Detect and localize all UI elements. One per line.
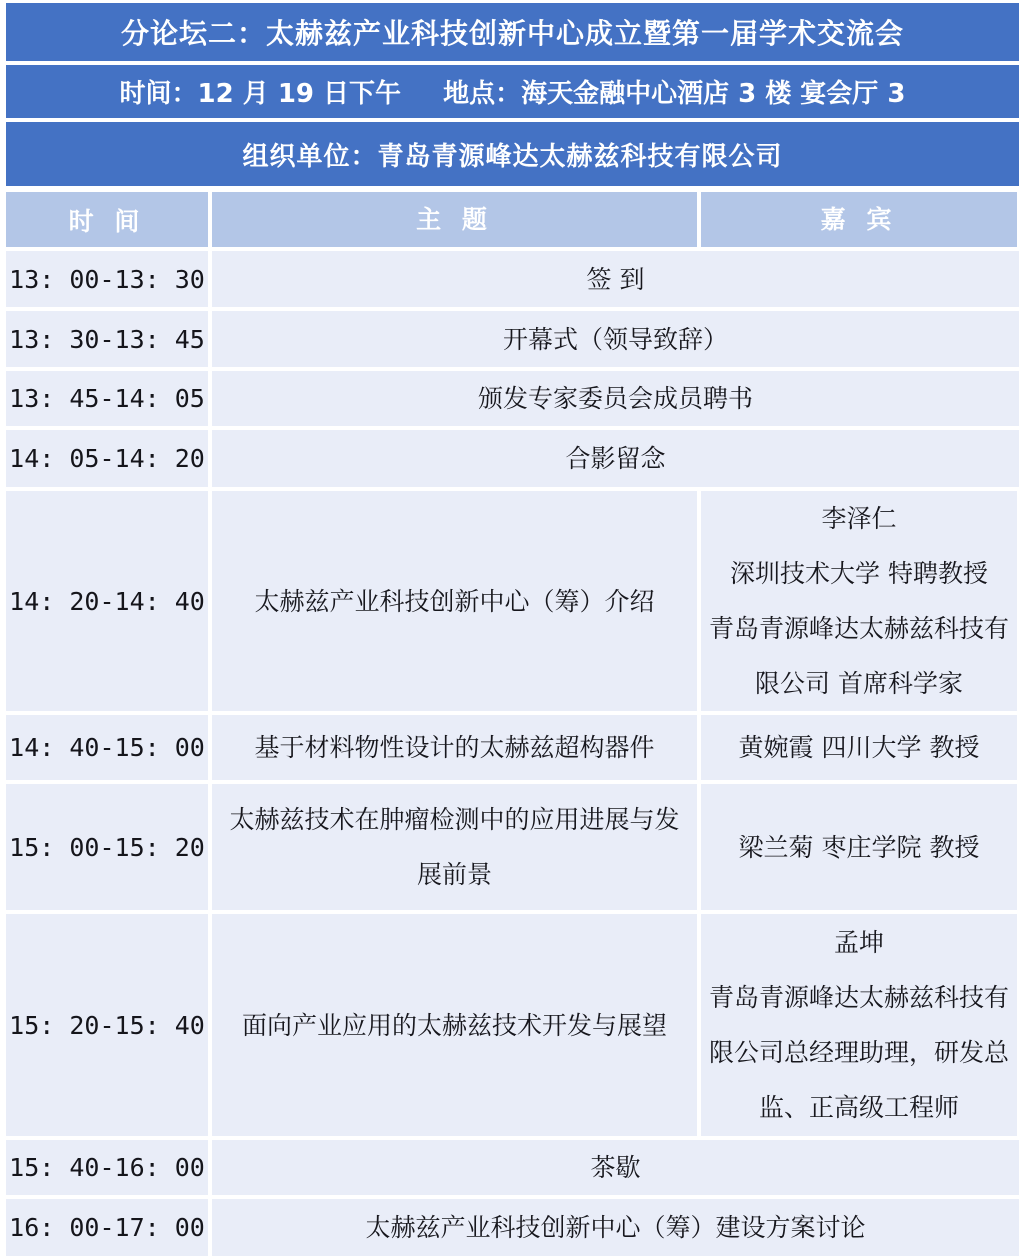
table-row: 14: 40-15: 00 基于材料物性设计的太赫兹超构器件 黄婉霞 四川大学 … <box>6 715 1019 780</box>
time-location-banner: 时间：12 月 19 日下午 地点：海天金融中心酒店 3 楼 宴会厅 3 <box>6 65 1019 118</box>
table-row: 13: 30-13: 45 开幕式（领导致辞） <box>6 311 1019 367</box>
table-row: 15: 40-16: 00 茶歇 <box>6 1140 1019 1195</box>
column-header-time: 时 间 <box>6 192 208 247</box>
guest-name: 黄婉霞 四川大学 教授 <box>739 720 980 775</box>
guest-affiliation: 青岛青源峰达太赫兹科技有限公司 首席科学家 <box>707 601 1011 711</box>
event-location: 地点：海天金融中心酒店 3 楼 宴会厅 3 <box>443 73 905 110</box>
table-row: 15: 00-15: 20 太赫兹技术在肿瘤检测中的应用进展与发展前景 梁兰菊 … <box>6 784 1019 910</box>
topic-cell: 开幕式（领导致辞） <box>212 311 1019 367</box>
guest-cell: 孟坤 青岛青源峰达太赫兹科技有限公司总经理助理，研发总监、正高级工程师 <box>701 914 1017 1136</box>
table-row: 16: 00-17: 00 太赫兹产业科技创新中心（筹）建设方案讨论 <box>6 1199 1019 1256</box>
guest-affiliation: 深圳技术大学 特聘教授 <box>730 546 988 601</box>
table-row: 13: 00-13: 30 签 到 <box>6 251 1019 307</box>
event-time: 时间：12 月 19 日下午 <box>120 73 402 110</box>
table-header-row: 时 间 主 题 嘉 宾 <box>6 192 1019 247</box>
guest-name: 孟坤 <box>834 915 884 970</box>
organizer-banner: 组织单位：青岛青源峰达太赫兹科技有限公司 <box>6 122 1019 186</box>
topic-cell: 茶歇 <box>212 1140 1019 1195</box>
table-row: 15: 20-15: 40 面向产业应用的太赫兹技术开发与展望 孟坤 青岛青源峰… <box>6 914 1019 1136</box>
guest-name: 李泽仁 <box>821 491 896 546</box>
time-cell: 14: 05-14: 20 <box>6 430 208 487</box>
topic-cell: 太赫兹技术在肿瘤检测中的应用进展与发展前景 <box>212 784 697 910</box>
time-cell: 14: 40-15: 00 <box>6 715 208 780</box>
table-row: 13: 45-14: 05 颁发专家委员会成员聘书 <box>6 371 1019 426</box>
time-cell: 15: 00-15: 20 <box>6 784 208 910</box>
topic-cell: 合影留念 <box>212 430 1019 487</box>
agenda-table: 时 间 主 题 嘉 宾 13: 00-13: 30 签 到 13: 30-13:… <box>6 192 1019 1256</box>
guest-affiliation: 青岛青源峰达太赫兹科技有限公司总经理助理，研发总监、正高级工程师 <box>707 970 1011 1135</box>
topic-cell: 太赫兹产业科技创新中心（筹）建设方案讨论 <box>212 1199 1019 1256</box>
organizer: 组织单位：青岛青源峰达太赫兹科技有限公司 <box>242 136 782 173</box>
forum-title: 分论坛二：太赫兹产业科技创新中心成立暨第一届学术交流会 <box>121 12 904 52</box>
guest-name: 梁兰菊 枣庄学院 教授 <box>739 820 980 875</box>
column-header-topic: 主 题 <box>212 192 697 247</box>
topic-cell: 颁发专家委员会成员聘书 <box>212 371 1019 426</box>
topic-cell: 签 到 <box>212 251 1019 307</box>
time-cell: 13: 30-13: 45 <box>6 311 208 367</box>
guest-cell: 梁兰菊 枣庄学院 教授 <box>701 784 1017 910</box>
table-row: 14: 20-14: 40 太赫兹产业科技创新中心（筹）介绍 李泽仁 深圳技术大… <box>6 491 1019 711</box>
topic-cell: 基于材料物性设计的太赫兹超构器件 <box>212 715 697 780</box>
table-row: 14: 05-14: 20 合影留念 <box>6 430 1019 487</box>
guest-cell: 李泽仁 深圳技术大学 特聘教授 青岛青源峰达太赫兹科技有限公司 首席科学家 <box>701 491 1017 711</box>
forum-title-banner: 分论坛二：太赫兹产业科技创新中心成立暨第一届学术交流会 <box>6 3 1019 61</box>
time-cell: 13: 45-14: 05 <box>6 371 208 426</box>
time-cell: 13: 00-13: 30 <box>6 251 208 307</box>
time-cell: 14: 20-14: 40 <box>6 491 208 711</box>
time-cell: 15: 40-16: 00 <box>6 1140 208 1195</box>
topic-cell: 太赫兹产业科技创新中心（筹）介绍 <box>212 491 697 711</box>
topic-cell: 面向产业应用的太赫兹技术开发与展望 <box>212 914 697 1136</box>
column-header-guest: 嘉 宾 <box>701 192 1017 247</box>
time-cell: 16: 00-17: 00 <box>6 1199 208 1256</box>
time-cell: 15: 20-15: 40 <box>6 914 208 1136</box>
guest-cell: 黄婉霞 四川大学 教授 <box>701 715 1017 780</box>
agenda-page: 分论坛二：太赫兹产业科技创新中心成立暨第一届学术交流会 时间：12 月 19 日… <box>0 0 1024 1256</box>
